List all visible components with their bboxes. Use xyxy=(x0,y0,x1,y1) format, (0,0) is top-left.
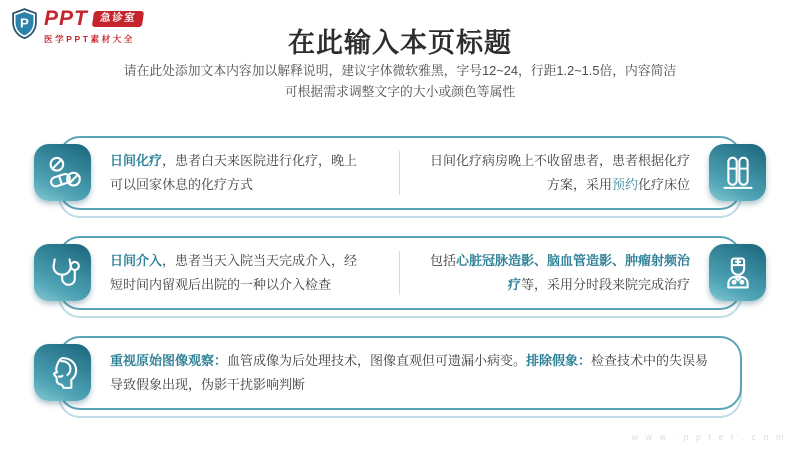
card-keyword: 日间化疗 xyxy=(110,153,162,168)
card-body-text: 化疗床位 xyxy=(638,177,690,192)
card-row-day-intervention: 日间介入，患者当天入院当天完成介入，经短时间内留观后出院的一种以介入检查 包括心… xyxy=(58,236,742,310)
test-tubes-icon xyxy=(709,144,766,201)
stethoscope-icon xyxy=(34,244,91,301)
card-keyword: 日间介入 xyxy=(110,253,162,268)
doctor-icon xyxy=(709,244,766,301)
card-keyword: 排除假象： xyxy=(526,353,591,368)
card-text-full: 重视原始图像观察：血管成像为后处理技术，图像直观但可遗漏小病变。排除假象：检查技… xyxy=(110,336,710,410)
card-keyword: 重视原始图像观察： xyxy=(110,353,227,368)
card-body-text: 等，采用分时段来院完成治疗 xyxy=(521,277,690,292)
card-text-right: 日间化疗病房晚上不收留患者，患者根据化疗方案，采用预约化疗床位 xyxy=(428,136,690,210)
subtitle-line-1: 请在此处添加文本内容加以解释说明，建议字体微软雅黑，字号12~24，行距1.2~… xyxy=(0,61,800,82)
card-keyword: 预约 xyxy=(612,177,638,192)
watermark: w w w . p p t e r . c o m xyxy=(631,432,786,442)
subtitle-line-2: 可根据需求调整文字的大小或颜色等属性 xyxy=(0,82,800,103)
slide: P PPT 急诊室 医学PPT素材大全 在此输入本页标题 请在此处添加文本内容加… xyxy=(0,0,800,450)
pills-icon xyxy=(34,144,91,201)
card-body-text: 包括 xyxy=(430,253,456,268)
page-subtitle: 请在此处添加文本内容加以解释说明，建议字体微软雅黑，字号12~24，行距1.2~… xyxy=(0,61,800,102)
vertical-divider xyxy=(399,151,400,195)
card-body-text: 血管成像为后处理技术，图像直观但可遗漏小病变。 xyxy=(227,353,526,368)
card-row-day-chemo: 日间化疗，患者白天来医院进行化疗，晚上可以回家休息的化疗方式 日间化疗病房晚上不… xyxy=(58,136,742,210)
card-text-left: 日间介入，患者当天入院当天完成介入，经短时间内留观后出院的一种以介入检查 xyxy=(110,236,366,310)
head-profile-icon xyxy=(34,344,91,401)
card-text-left: 日间化疗，患者白天来医院进行化疗，晚上可以回家休息的化疗方式 xyxy=(110,136,366,210)
card-row-image-review: 重视原始图像观察：血管成像为后处理技术，图像直观但可遗漏小病变。排除假象：检查技… xyxy=(58,336,742,410)
vertical-divider xyxy=(399,251,400,295)
page-title: 在此输入本页标题 xyxy=(0,21,800,60)
card-text-right: 包括心脏冠脉造影、脑血管造影、肿瘤射频治疗等，采用分时段来院完成治疗 xyxy=(428,236,690,310)
